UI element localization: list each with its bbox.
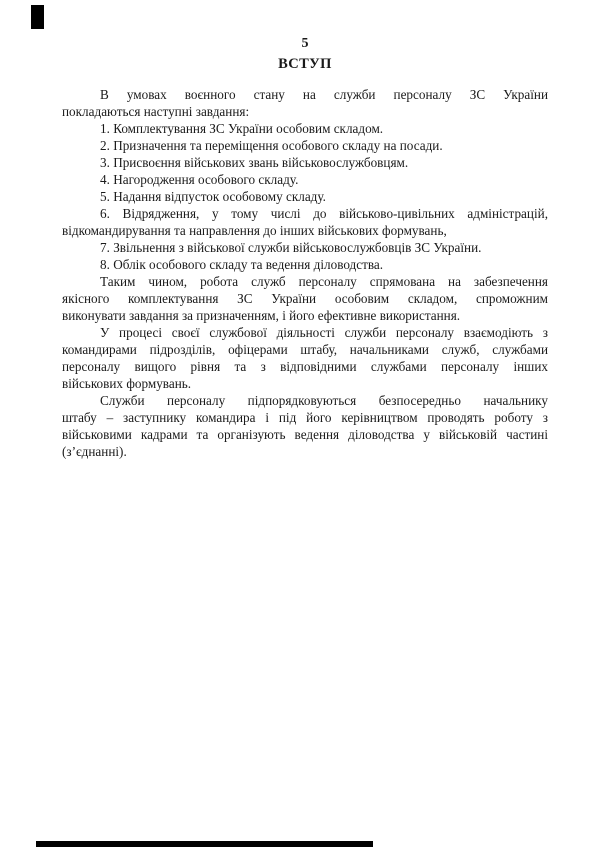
text-line: 6. Відрядження, у тому числі до військов… xyxy=(62,205,548,222)
scan-artifact-top-left xyxy=(31,5,44,29)
text-line: 5. Надання відпусток особовому складу. xyxy=(62,188,548,205)
text-line: 3. Присвоєння військових звань військово… xyxy=(62,154,548,171)
text-line: військових формувань. xyxy=(62,375,548,392)
text-line: Таким чином, робота служб персоналу спря… xyxy=(62,273,548,290)
text-line: виконувати завдання за призначенням, і й… xyxy=(62,307,548,324)
text-line: покладаються наступні завдання: xyxy=(62,103,548,120)
page-number: 5 xyxy=(62,35,548,52)
text-line: 1. Комплектування ЗС України особовим ск… xyxy=(62,120,548,137)
text-line: У процесі своєї службової діяльності слу… xyxy=(62,324,548,341)
text-line: військовими кадрами та організують веден… xyxy=(62,426,548,443)
text-line: 4. Нагородження особового складу. xyxy=(62,171,548,188)
text-line: 2. Призначення та переміщення особового … xyxy=(62,137,548,154)
text-line: персоналу вищого рівня та з відповідними… xyxy=(62,358,548,375)
text-line: Служби персоналу підпорядковуються безпо… xyxy=(62,392,548,409)
text-line: штабу – заступнику командира і під його … xyxy=(62,409,548,426)
text-line: командирами підрозділів, офіцерами штабу… xyxy=(62,341,548,358)
text-line: (з’єднанні). xyxy=(62,443,548,460)
text-line: В умовах воєнного стану на служби персон… xyxy=(62,86,548,103)
page-title: ВСТУП xyxy=(62,56,548,73)
document-body-text: В умовах воєнного стану на служби персон… xyxy=(62,86,548,460)
text-line: 8. Облік особового складу та ведення діл… xyxy=(62,256,548,273)
text-line: 7. Звільнення з військової служби військ… xyxy=(62,239,548,256)
scan-artifact-bottom xyxy=(36,841,373,847)
text-line: якісного комплектування ЗС України особо… xyxy=(62,290,548,307)
text-line: відкомандирування та направлення до інши… xyxy=(62,222,548,239)
document-page: 5 ВСТУП В умовах воєнного стану на служб… xyxy=(0,0,600,848)
